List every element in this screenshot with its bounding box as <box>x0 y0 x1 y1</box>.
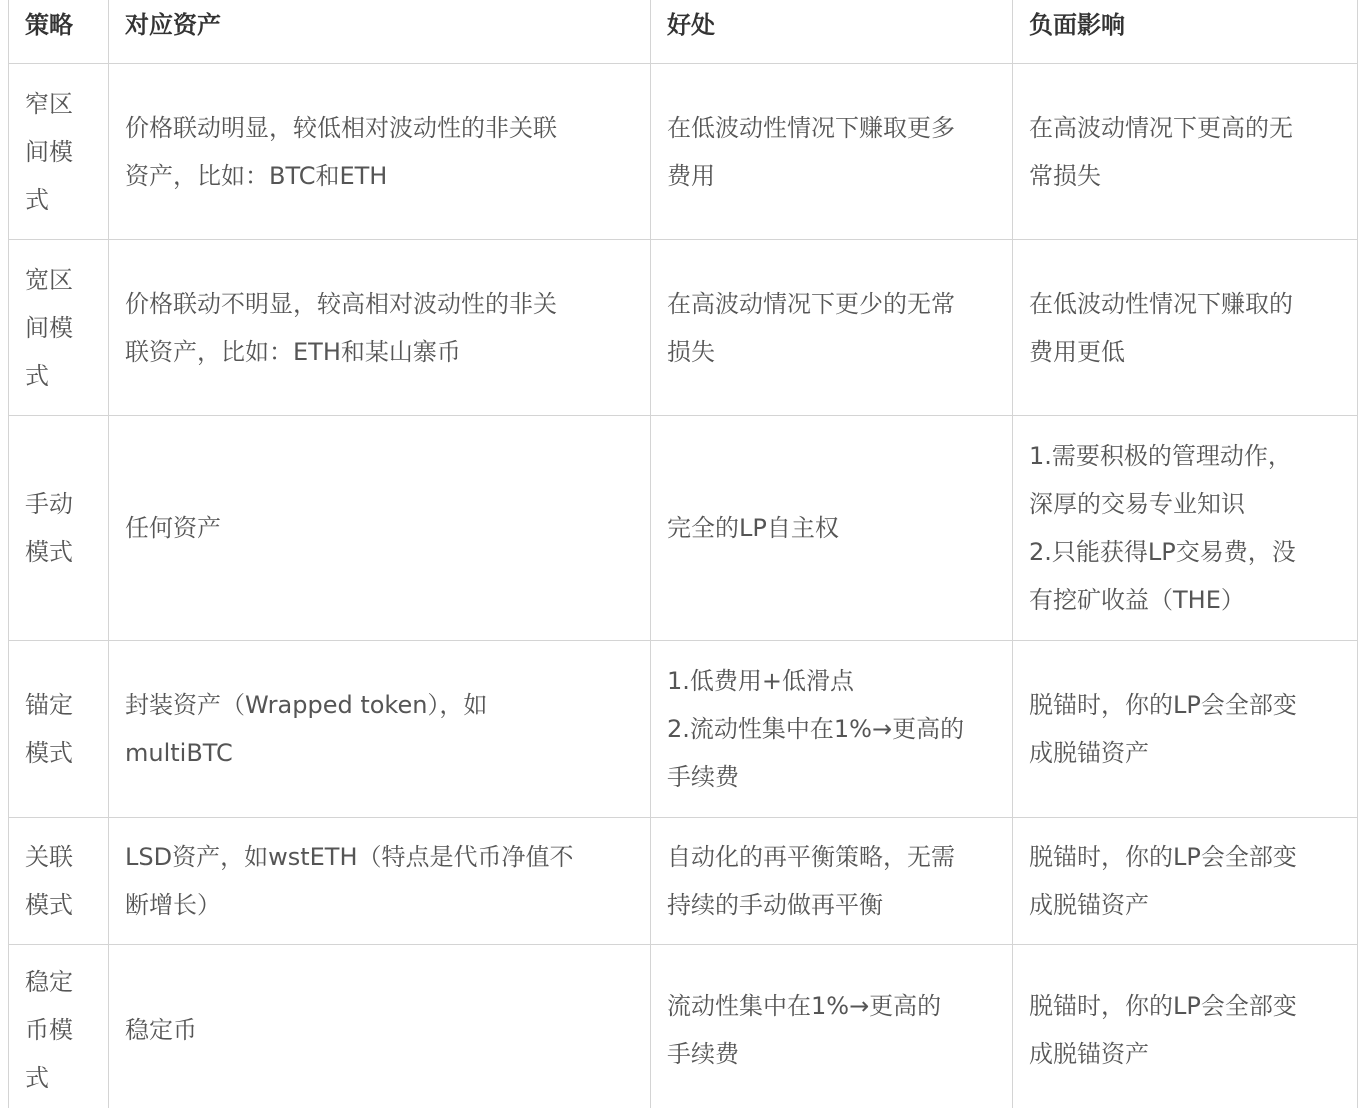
header-benefits: 好处 <box>651 0 1013 64</box>
table-row: 关联 模式 LSD资产，如wstETH（特点是代币净值不 断增长） 自动化的再平… <box>9 818 1358 945</box>
cell-drawbacks: 在高波动情况下更高的无 常损失 <box>1013 64 1358 240</box>
cell-assets: 稳定币 <box>109 945 651 1108</box>
table-row: 窄区 间模 式 价格联动明显，较低相对波动性的非关联 资产，比如：BTC和ETH… <box>9 64 1358 240</box>
table-row: 锚定 模式 封装资产（Wrapped token），如 multiBTC 1.低… <box>9 641 1358 818</box>
cell-drawbacks: 1.需要积极的管理动作， 深厚的交易专业知识 2.只能获得LP交易费，没 有挖矿… <box>1013 416 1358 641</box>
cell-drawbacks: 脱锚时，你的LP会全部变 成脱锚资产 <box>1013 641 1358 818</box>
table-header-row: 策略 对应资产 好处 负面影响 <box>9 0 1358 64</box>
cell-assets: 封装资产（Wrapped token），如 multiBTC <box>109 641 651 818</box>
cell-benefits: 1.低费用+低滑点 2.流动性集中在1%→更高的 手续费 <box>651 641 1013 818</box>
header-drawbacks: 负面影响 <box>1013 0 1358 64</box>
table-row: 稳定 币模 式 稳定币 流动性集中在1%→更高的 手续费 脱锚时，你的LP会全部… <box>9 945 1358 1108</box>
cell-strategy: 窄区 间模 式 <box>9 64 109 240</box>
cell-strategy: 稳定 币模 式 <box>9 945 109 1108</box>
table-row: 手动 模式 任何资产 完全的LP自主权 1.需要积极的管理动作， 深厚的交易专业… <box>9 416 1358 641</box>
header-strategy: 策略 <box>9 0 109 64</box>
cell-benefits: 流动性集中在1%→更高的 手续费 <box>651 945 1013 1108</box>
cell-assets: LSD资产，如wstETH（特点是代币净值不 断增长） <box>109 818 651 945</box>
cell-drawbacks: 在低波动性情况下赚取的 费用更低 <box>1013 240 1358 416</box>
header-assets: 对应资产 <box>109 0 651 64</box>
cell-strategy: 宽区 间模 式 <box>9 240 109 416</box>
cell-drawbacks: 脱锚时，你的LP会全部变 成脱锚资产 <box>1013 945 1358 1108</box>
strategy-comparison-table: 策略 对应资产 好处 负面影响 窄区 间模 式 价格联动明显，较低相对波动性的非… <box>8 0 1358 1108</box>
cell-benefits: 在高波动情况下更少的无常 损失 <box>651 240 1013 416</box>
cell-assets: 价格联动明显，较低相对波动性的非关联 资产，比如：BTC和ETH <box>109 64 651 240</box>
table-row: 宽区 间模 式 价格联动不明显，较高相对波动性的非关 联资产，比如：ETH和某山… <box>9 240 1358 416</box>
cell-strategy: 手动 模式 <box>9 416 109 641</box>
cell-strategy: 锚定 模式 <box>9 641 109 818</box>
cell-assets: 任何资产 <box>109 416 651 641</box>
cell-benefits: 自动化的再平衡策略，无需 持续的手动做再平衡 <box>651 818 1013 945</box>
cell-strategy: 关联 模式 <box>9 818 109 945</box>
cell-benefits: 在低波动性情况下赚取更多 费用 <box>651 64 1013 240</box>
cell-assets: 价格联动不明显，较高相对波动性的非关 联资产，比如：ETH和某山寨币 <box>109 240 651 416</box>
strategy-table-container: 策略 对应资产 好处 负面影响 窄区 间模 式 价格联动明显，较低相对波动性的非… <box>8 0 1357 1108</box>
cell-drawbacks: 脱锚时，你的LP会全部变 成脱锚资产 <box>1013 818 1358 945</box>
cell-benefits: 完全的LP自主权 <box>651 416 1013 641</box>
